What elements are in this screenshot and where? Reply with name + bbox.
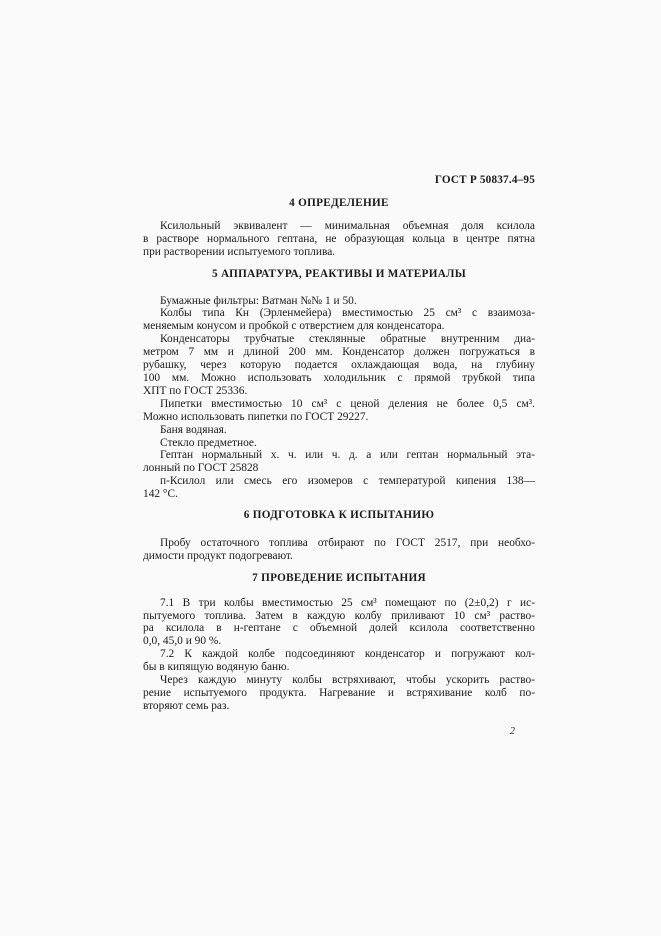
section-7-heading: 7 ПРОВЕДЕНИЕ ИСПЫТАНИЯ [143,572,535,585]
text-line: Гептан нормальный х. ч. или ч. д. а или … [143,449,535,462]
text-line: Пипетки вместимостью 10 см³ с ценой деле… [143,398,535,411]
text-line: Пробу остаточного топлива отбирают по ГО… [143,537,535,550]
text-line: бы в кипящую водяную баню. [143,661,535,674]
text-line: пытуемого топлива. Затем в каждую колбу … [143,610,535,623]
document-code: ГОСТ Р 50837.4–95 [143,174,535,187]
scanned-document-page: ГОСТ Р 50837.4–95 4 ОПРЕДЕЛЕНИЕ Ксилольн… [0,0,661,936]
section-5-heading: 5 АППАРАТУРА, РЕАКТИВЫ И МАТЕРИАЛЫ [143,268,535,281]
text-line: ХПТ по ГОСТ 25336. [143,385,535,398]
text-line: 0,0, 45,0 и 90 %. [143,635,535,648]
text-line: при растворении испытуемого топлива. [143,246,535,259]
text-line: меняемым конусом и пробкой с отверстием … [143,320,535,333]
section-4-heading: 4 ОПРЕДЕЛЕНИЕ [143,197,535,210]
page-content: ГОСТ Р 50837.4–95 4 ОПРЕДЕЛЕНИЕ Ксилольн… [143,174,535,713]
text-line: в растворе нормального гептана, не образ… [143,233,535,246]
text-line: Можно использовать пипетки по ГОСТ 29227… [143,411,535,424]
text-line: 100 мм. Можно использовать холодильник с… [143,372,535,385]
text-line: вторяют семь раз. [143,700,535,713]
text-line: димости продукт подогревают. [143,550,535,563]
text-line: метром 7 мм и длиной 200 мм. Конденсатор… [143,346,535,359]
text-line: Баня водяная. [143,424,535,437]
section-6-heading: 6 ПОДГОТОВКА К ИСПЫТАНИЮ [143,509,535,522]
text-line: 7.1 В три колбы вместимостью 25 см³ поме… [143,597,535,610]
page-number: 2 [143,726,515,738]
text-line: рубашку, через которую подается охлаждаю… [143,359,535,372]
text-line: п-Ксилол или смесь его изомеров с темпер… [143,475,535,488]
text-line: Бумажные фильтры: Ватман №№ 1 и 50. [143,295,535,308]
text-line: 7.2 К каждой колбе подсоединяют конденса… [143,648,535,661]
text-line: рение испытуемого продукта. Нагревание и… [143,687,535,700]
text-line: ра ксилола в н-гептане с объемной долей … [143,622,535,635]
text-line: 142 °С. [143,488,535,501]
text-line: Через каждую минуту колбы встряхивают, ч… [143,674,535,687]
text-line: Колбы типа Кн (Эрленмейера) вместимостью… [143,307,535,320]
text-line: Ксилольный эквивалент — минимальная объе… [143,220,535,233]
text-line: лонный по ГОСТ 25828 [143,462,535,475]
text-line: Стекло предметное. [143,437,535,450]
text-line: Конденсаторы трубчатые стеклянные обратн… [143,333,535,346]
